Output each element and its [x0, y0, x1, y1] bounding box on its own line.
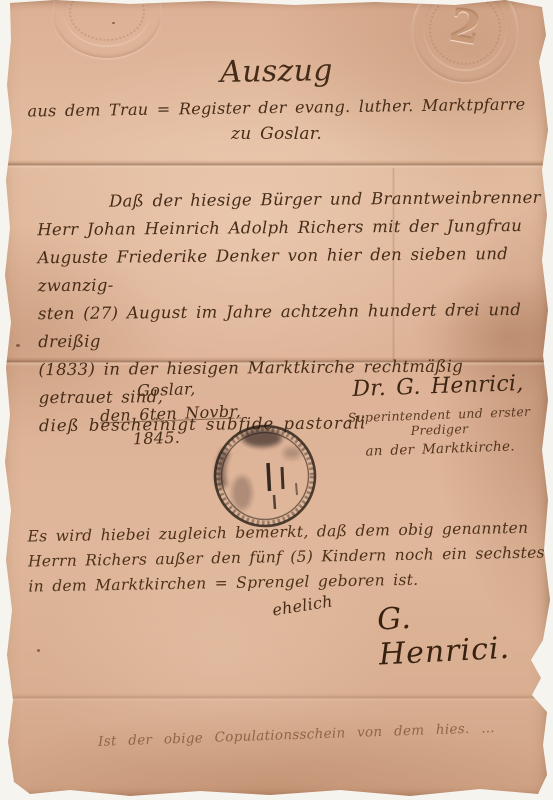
remark-paragraph: Es wird hiebei zugleich bemerkt, daß dem… [27, 515, 548, 599]
scanner-background: 2 Auszug aus dem Trau = Register der eva… [0, 0, 553, 800]
church-ink-stamp-icon [212, 423, 318, 529]
subtitle-line-1: aus dem Trau = Register der evang. luthe… [0, 94, 553, 121]
signature-role-line-2: an der Marktkirche. [329, 437, 551, 461]
embossed-seal-left-icon [52, 0, 162, 58]
signature-flourish: G. Henrici. [376, 593, 553, 672]
signature-role-line-1: Superintendent und erster Prediger [328, 403, 551, 441]
signature-block: Dr. G. Henrici, Superintendent und erste… [327, 370, 552, 461]
body-line: sten (27) August im Jahre achtzehn hunde… [38, 296, 543, 356]
subtitle-line-2: zu Goslar. [0, 124, 553, 144]
note-closing-word: ehelich [271, 591, 334, 619]
paper-speck [16, 344, 20, 347]
paper-speck [112, 22, 115, 24]
fold-crease-bottom [0, 693, 553, 702]
body-line: Herr Johan Heinrich Adolph Richers mit d… [37, 212, 542, 244]
body-line: Auguste Friederike Denker von hier den s… [37, 240, 542, 300]
footer-annotation: Ist der obige Copulationsschein von dem … [98, 718, 548, 750]
page-title: Auszug [0, 49, 553, 94]
body-line: Daß der hiesige Bürger und Branntweinbre… [37, 184, 542, 216]
paper-speck [37, 649, 40, 652]
document-paper: 2 Auszug aus dem Trau = Register der eva… [0, 0, 553, 800]
fold-crease-top [0, 160, 553, 169]
